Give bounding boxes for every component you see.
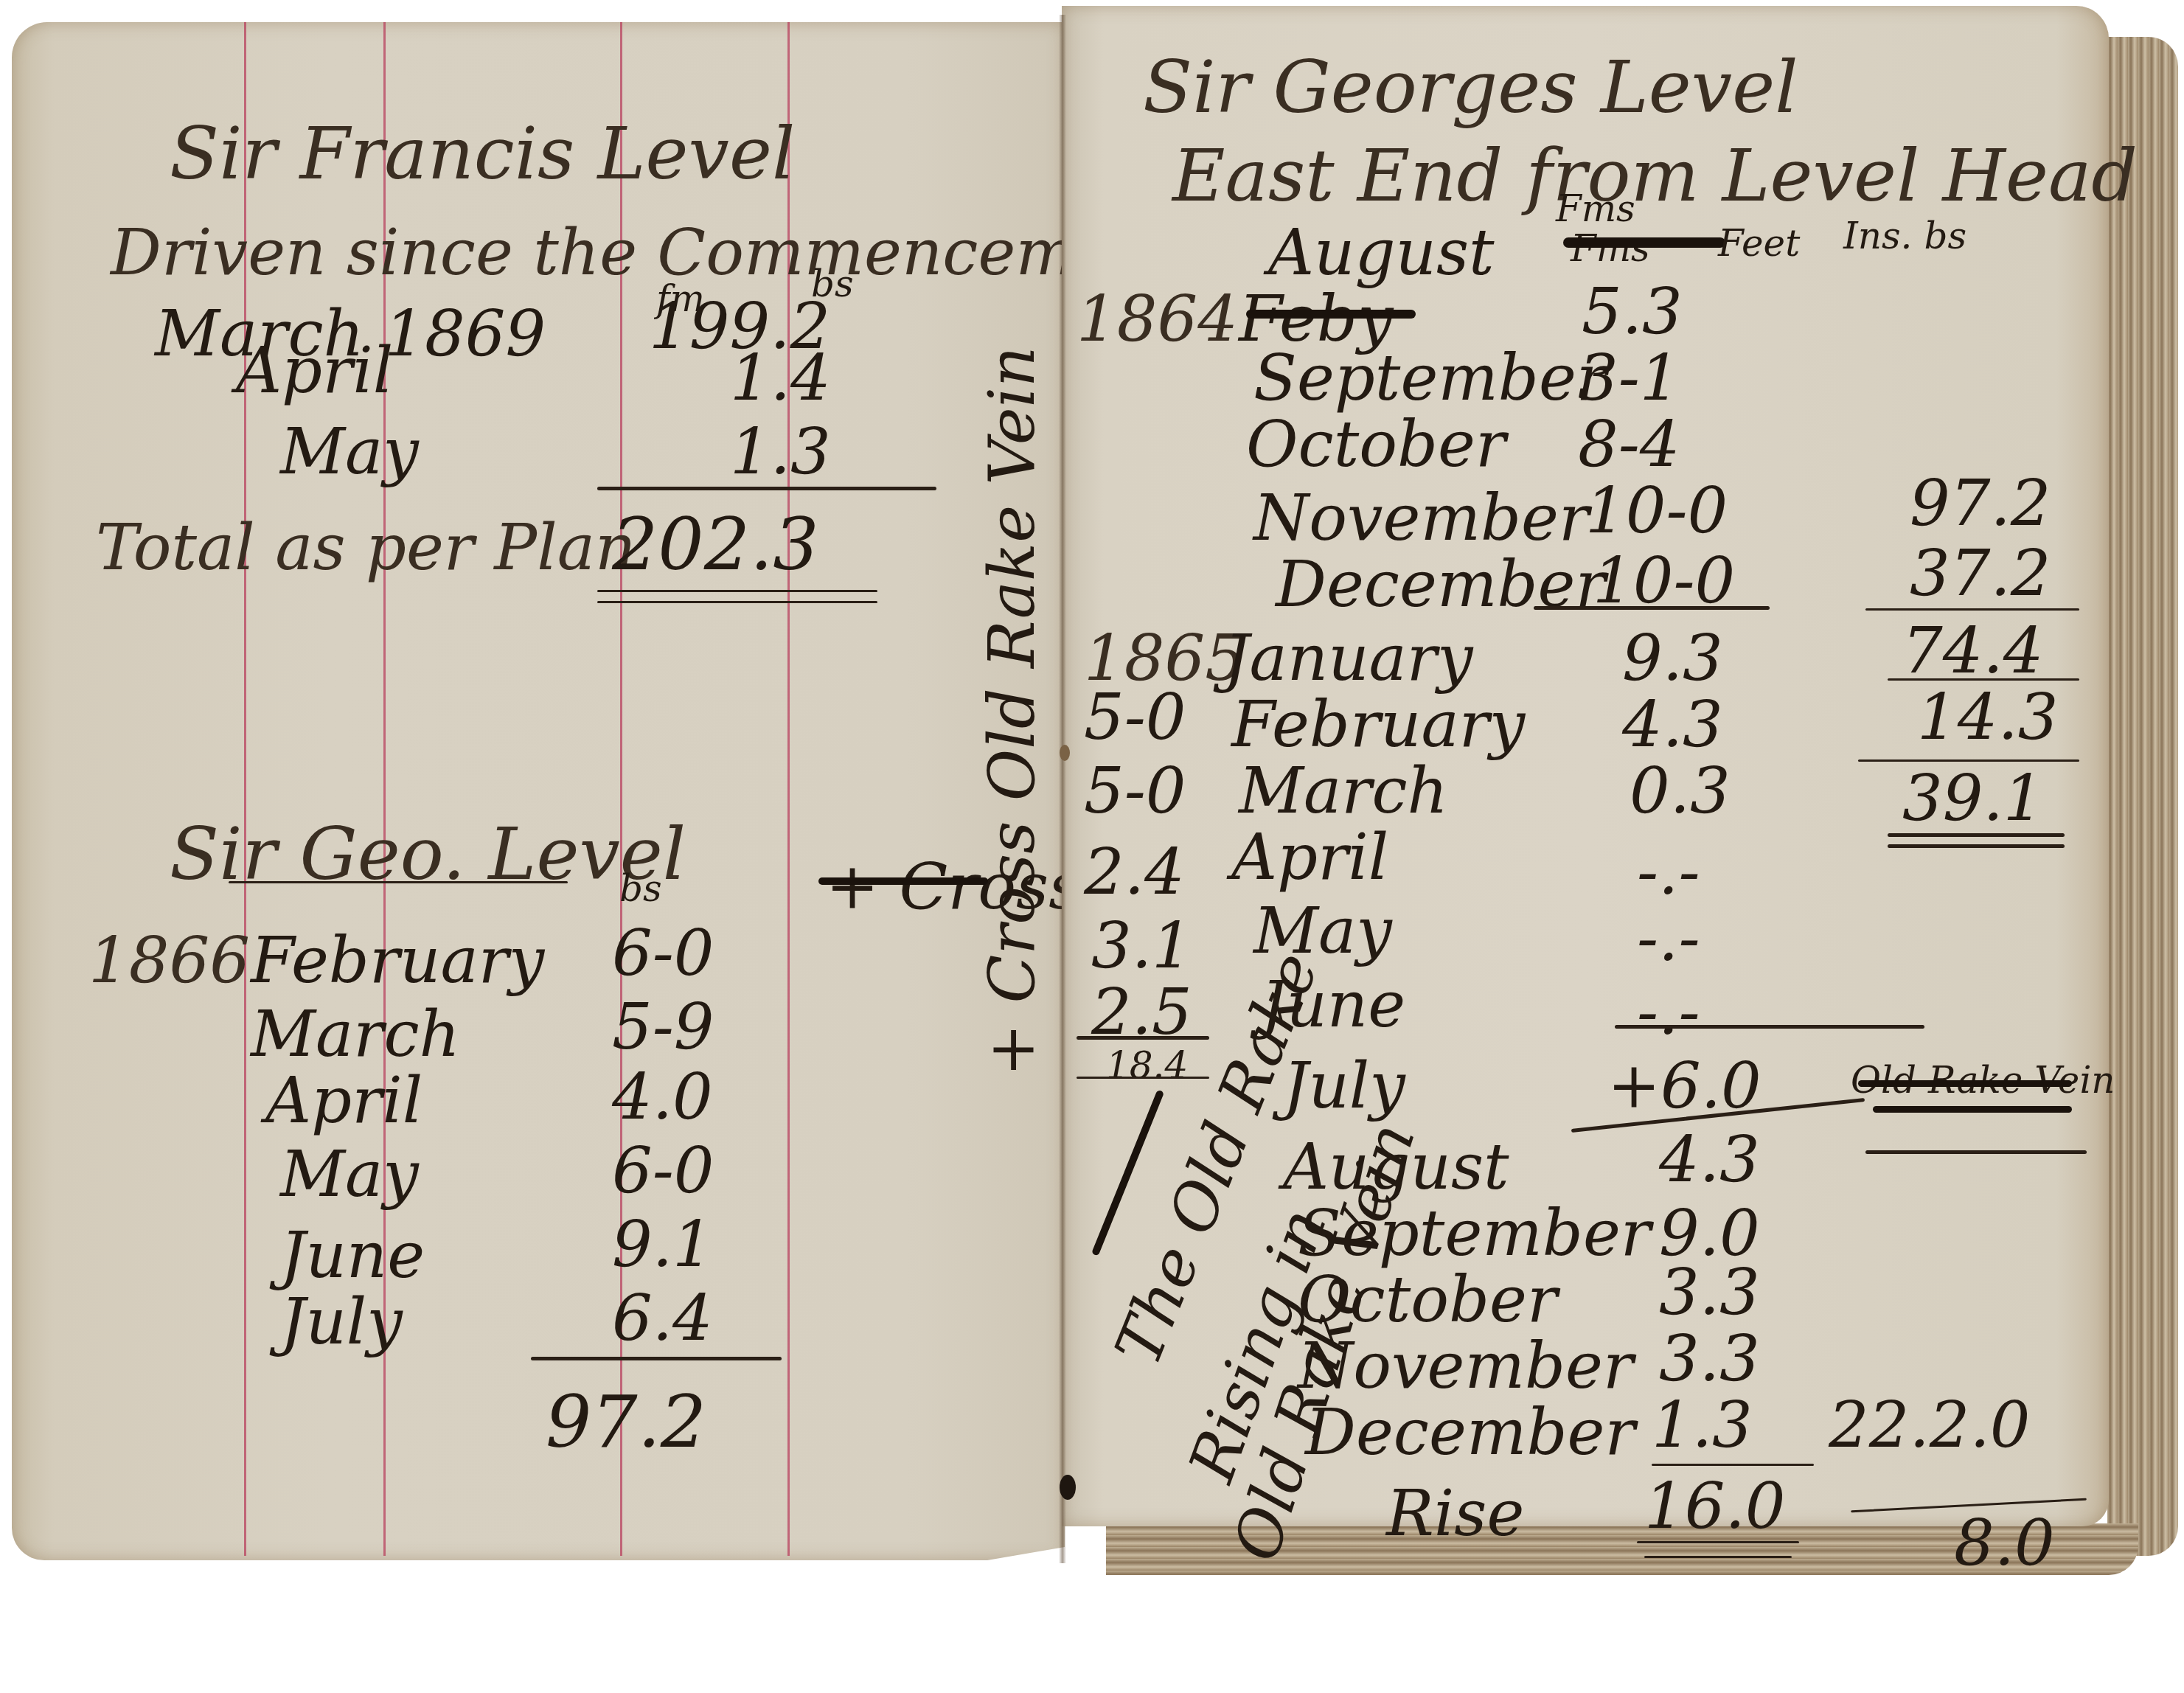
row-value: 4.3: [1622, 693, 1723, 757]
total-double-rule: [597, 601, 877, 603]
page-stack-edge-right: [2107, 37, 2178, 1556]
strikethrough: [818, 877, 988, 885]
total-label: Total as per Plan: [96, 516, 636, 580]
col-header-feet: Feet: [1718, 225, 1800, 262]
sum-rule: [1615, 1025, 1924, 1029]
margin-sum-rule: [1077, 1036, 1209, 1040]
section-title-sir-geo-level: Sir Geo. Level: [170, 818, 686, 891]
margin-value: 2.4: [1084, 841, 1185, 904]
year-label: 1864: [1077, 288, 1238, 351]
row-label: April: [1231, 826, 1388, 889]
row-value: 4.3: [1659, 1128, 1760, 1192]
section-title-sir-georges-level: Sir Georges Level: [1143, 52, 1798, 124]
strikethrough: [1873, 1106, 2072, 1113]
row-label: July: [1283, 1054, 1405, 1118]
row-value: 9.3: [1622, 627, 1723, 690]
total-double-rule: [1888, 844, 2065, 848]
row-value: 1.3: [1652, 1394, 1753, 1457]
side-subtotal: 74.4: [1902, 619, 2043, 683]
total-double-rule: [597, 590, 877, 592]
title-underline: [229, 881, 568, 883]
year-label: 1866: [88, 929, 250, 992]
side-value: 37.2: [1910, 542, 2051, 605]
col-header-bs: bs: [619, 870, 662, 907]
final-double-rule: [1644, 1556, 1792, 1558]
margin-value: 5-0: [1084, 686, 1186, 749]
col-header-ins: Ins. bs: [1843, 218, 1966, 254]
side-value: 14.3: [1917, 686, 2058, 749]
row-label: February: [251, 929, 544, 992]
row-label: May: [280, 420, 419, 484]
row-value: 3-1: [1578, 347, 1680, 410]
row-label: May: [280, 1143, 419, 1206]
total-value: 97.2: [546, 1386, 706, 1459]
notebook-photo: Sir Francis Level Driven since the Comme…: [0, 0, 2184, 1693]
row-label: October: [1246, 413, 1506, 476]
row-label: August: [1268, 221, 1495, 285]
row-value: 9.1: [612, 1213, 713, 1276]
row-value: +6.0: [1607, 1054, 1762, 1118]
row-label: March: [1239, 759, 1448, 823]
section-title-sir-francis-level: Sir Francis Level: [170, 118, 795, 190]
sum-rule: [1534, 606, 1770, 610]
row-label: January: [1224, 627, 1473, 690]
sum-rule: [1652, 1464, 1814, 1466]
sum-rule: [597, 487, 936, 490]
margin-total-rule: [1077, 1077, 1209, 1079]
strikethrough: [1563, 237, 1725, 248]
row-value: 4.0: [612, 1065, 713, 1129]
total-double-rule: [1888, 833, 2065, 837]
row-label: March: [251, 1003, 460, 1066]
row-value: 0.3: [1630, 759, 1731, 823]
row-value: -.-: [1637, 841, 1700, 904]
row-value: 5.3: [1582, 280, 1683, 344]
sum-rule: [531, 1357, 782, 1360]
row-label: April: [236, 339, 393, 403]
bracket-line: [1865, 1150, 2087, 1154]
row-value: 1.3: [730, 420, 831, 484]
row-value: 3.3: [1659, 1327, 1760, 1391]
total-value: 202.3: [612, 509, 819, 581]
row-value: 6-0: [612, 922, 714, 985]
row-label: July: [280, 1290, 403, 1354]
row-value: 10-0: [1593, 549, 1735, 613]
row-value: 1.4: [730, 347, 831, 410]
row-value: 10-0: [1585, 479, 1728, 543]
strikethrough: [1858, 1080, 2072, 1087]
row-value: 8-4: [1578, 413, 1680, 476]
section-subtitle: East End from Level Head: [1172, 140, 2138, 212]
stitch-hole: [1060, 745, 1070, 761]
col-header-above: Fms: [1556, 190, 1635, 227]
margin-value: 5-0: [1084, 759, 1186, 823]
row-label: December: [1305, 1401, 1635, 1464]
row-value: 6-0: [612, 1139, 714, 1203]
row-label: February: [1231, 693, 1525, 757]
margin-value: 3.1: [1091, 914, 1192, 978]
section-subtitle: Driven since the Commencement: [111, 221, 1180, 285]
sum-rule: [1865, 608, 2079, 611]
final-double-rule: [1637, 1541, 1799, 1543]
col-header-struck: Fms: [1571, 230, 1650, 267]
vertical-margin-note: + Cross Old Rake Vein: [981, 347, 1044, 1077]
side-value: 39.1: [1902, 767, 2043, 830]
book-gutter: [1059, 15, 1066, 1563]
row-value: -.-: [1637, 981, 1700, 1044]
stitch-hole: [1060, 1475, 1076, 1500]
row-label: April: [265, 1069, 422, 1133]
row-label: September: [1253, 347, 1607, 410]
row-value: 3.3: [1659, 1261, 1760, 1324]
final-value: 16.0: [1644, 1475, 1785, 1538]
final-label: Rise: [1386, 1482, 1524, 1546]
row-value: 6.4: [612, 1287, 713, 1350]
row-label: June: [280, 1224, 425, 1287]
side-value: 97.2: [1910, 472, 2051, 535]
row-value: -.-: [1637, 907, 1700, 970]
side-value: 22.2.0: [1829, 1394, 2031, 1457]
margin-value: 2.5: [1091, 981, 1192, 1044]
strikethrough: [1246, 310, 1416, 319]
final-side-value: 8.0: [1954, 1512, 2055, 1575]
row-label: November: [1253, 487, 1589, 550]
row-value: 5-9: [612, 995, 714, 1059]
